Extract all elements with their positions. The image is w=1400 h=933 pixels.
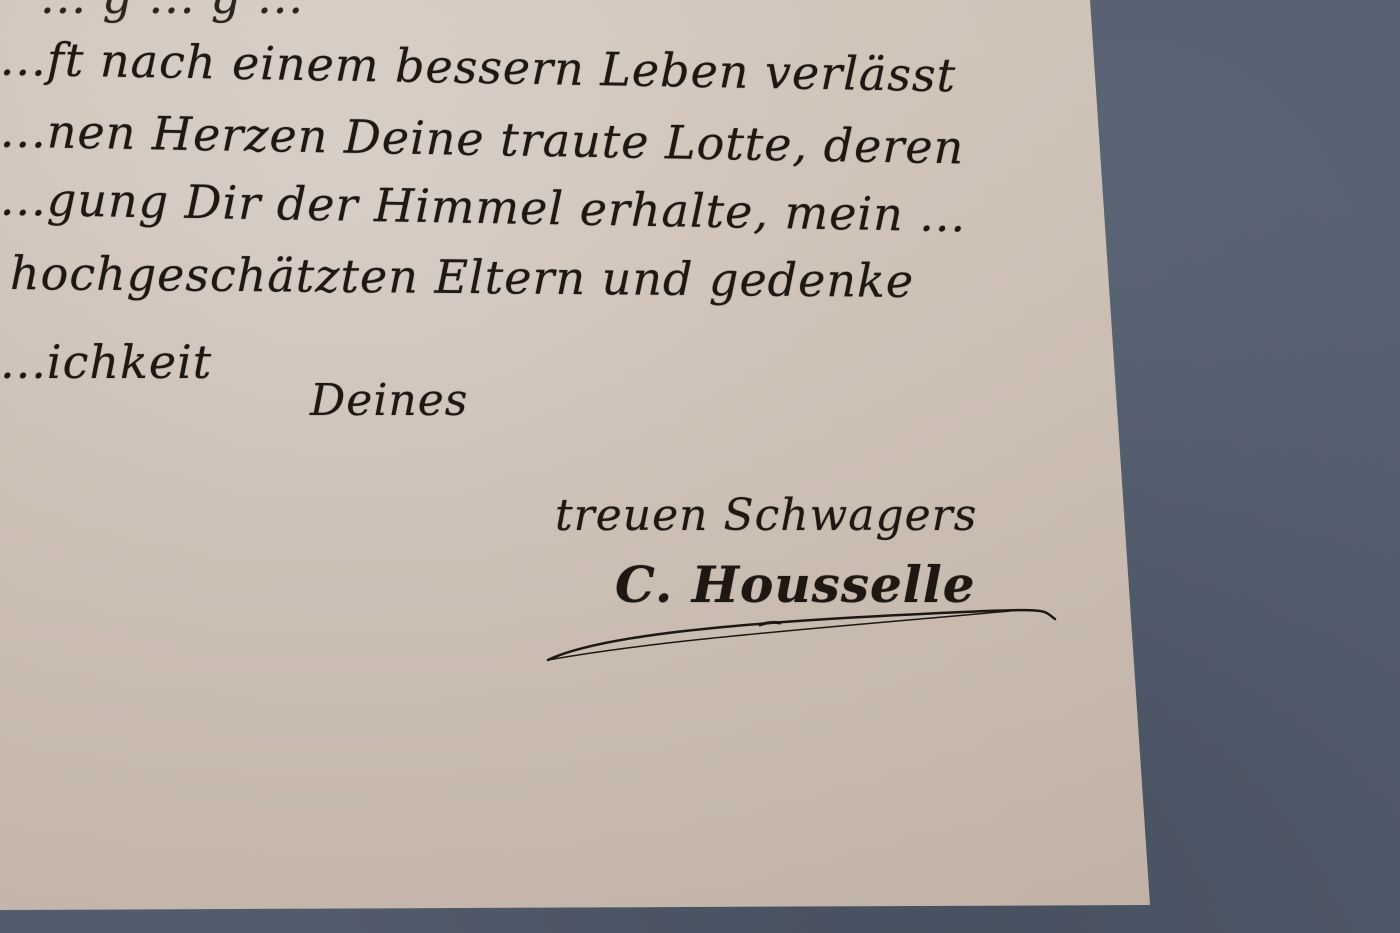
letter-line-4: hochgeschätzten Eltern und gedenke [10,246,915,308]
closing-relation: treuen Schwagers [555,490,977,541]
closing-word: Deines [310,375,468,426]
letter-line-0: ... g ... g ... [40,0,304,24]
letter-line-5: ...ichkeit [0,335,212,389]
signature-flourish-underline [540,595,1080,675]
